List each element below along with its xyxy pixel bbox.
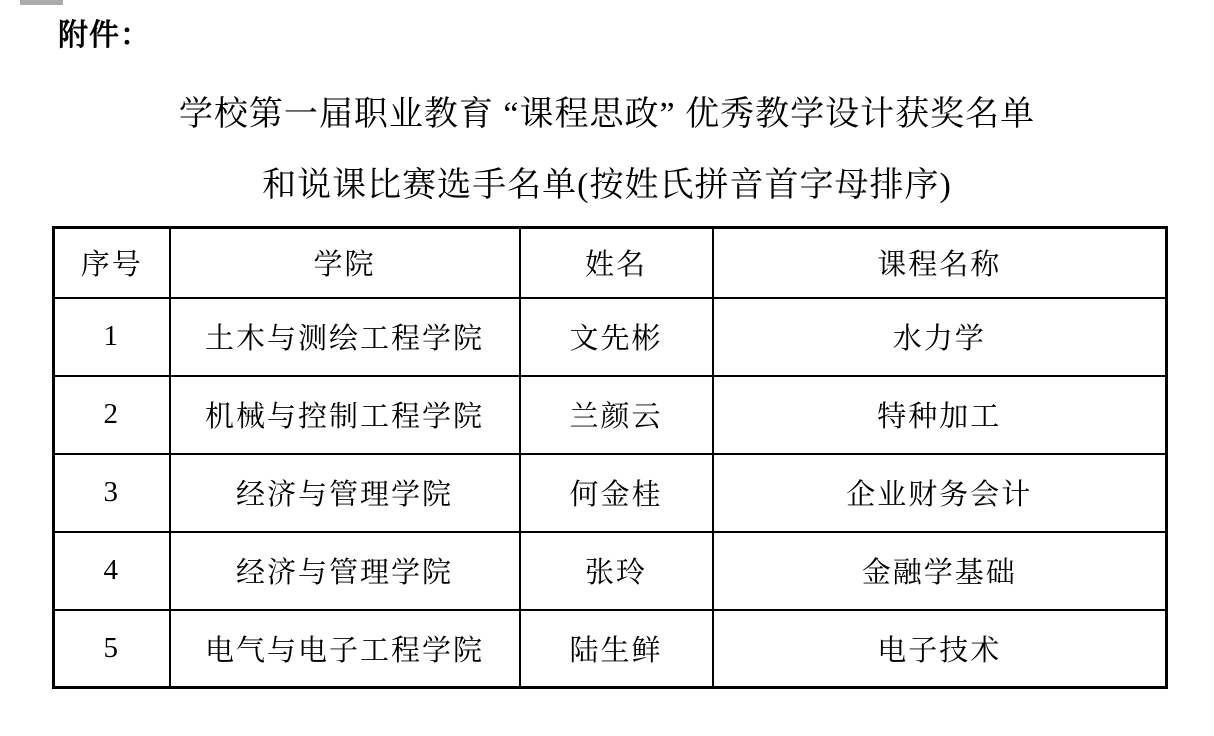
cell-name: 兰颜云 <box>520 376 713 454</box>
column-header-course: 课程名称 <box>713 228 1167 298</box>
cell-seq: 2 <box>54 376 170 454</box>
cell-course: 金融学基础 <box>713 532 1167 610</box>
cell-seq: 5 <box>54 610 170 688</box>
cell-name: 张玲 <box>520 532 713 610</box>
cell-college: 机械与控制工程学院 <box>170 376 520 454</box>
cell-college: 经济与管理学院 <box>170 454 520 532</box>
table-row: 4 经济与管理学院 张玲 金融学基础 <box>54 532 1167 610</box>
table-header-row: 序号 学院 姓名 课程名称 <box>54 228 1167 298</box>
document-page: 附件： 学校第一届职业教育 “课程思政” 优秀教学设计获奖名单 和说课比赛选手名… <box>0 0 1214 736</box>
cell-name: 何金桂 <box>520 454 713 532</box>
cell-seq: 4 <box>54 532 170 610</box>
cell-seq: 3 <box>54 454 170 532</box>
document-title-line1: 学校第一届职业教育 “课程思政” 优秀教学设计获奖名单 <box>0 90 1214 140</box>
cell-course: 特种加工 <box>713 376 1167 454</box>
column-header-college: 学院 <box>170 228 520 298</box>
table-row: 5 电气与电子工程学院 陆生鲜 电子技术 <box>54 610 1167 688</box>
cell-college: 电气与电子工程学院 <box>170 610 520 688</box>
cell-course: 水力学 <box>713 298 1167 376</box>
column-header-name: 姓名 <box>520 228 713 298</box>
cell-name: 陆生鲜 <box>520 610 713 688</box>
award-roster-table: 序号 学院 姓名 课程名称 1 土木与测绘工程学院 文先彬 水力学 2 机械与控… <box>52 226 1168 689</box>
window-edge-artifact <box>20 0 63 5</box>
table-row: 3 经济与管理学院 何金桂 企业财务会计 <box>54 454 1167 532</box>
table-row: 1 土木与测绘工程学院 文先彬 水力学 <box>54 298 1167 376</box>
document-title-line2: 和说课比赛选手名单(按姓氏拼音首字母排序) <box>0 161 1214 211</box>
cell-course: 企业财务会计 <box>713 454 1167 532</box>
cell-name: 文先彬 <box>520 298 713 376</box>
cell-seq: 1 <box>54 298 170 376</box>
column-header-seq: 序号 <box>54 228 170 298</box>
cell-college: 土木与测绘工程学院 <box>170 298 520 376</box>
cell-college: 经济与管理学院 <box>170 532 520 610</box>
table-row: 2 机械与控制工程学院 兰颜云 特种加工 <box>54 376 1167 454</box>
cell-course: 电子技术 <box>713 610 1167 688</box>
attachment-label: 附件： <box>58 0 1214 58</box>
